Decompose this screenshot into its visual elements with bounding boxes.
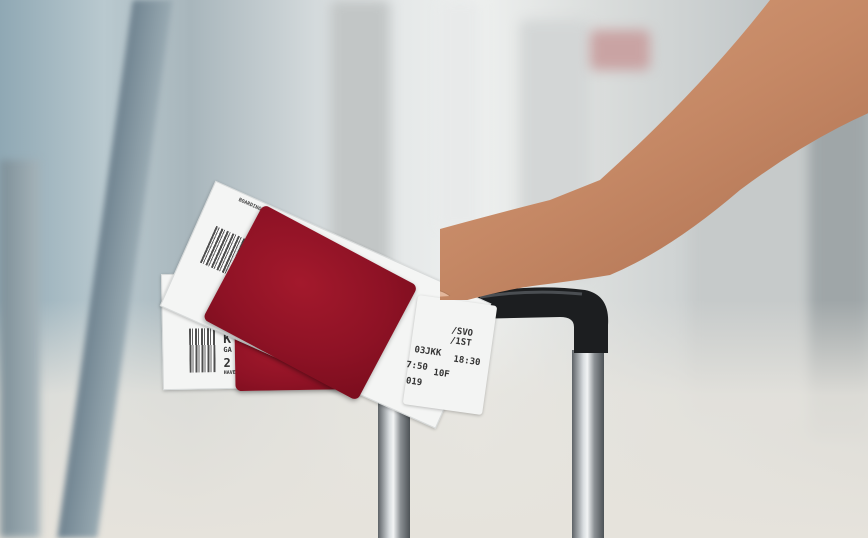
departure-time: 18:30 <box>453 355 481 369</box>
boarding-pass-stub: /SVO /1ST 03JKK 18:30 7:50 10F 019 <box>403 295 498 415</box>
airport-scene: K GA 2 HAVE A BOARDING PASS /SVO /1ST 03… <box>0 0 868 538</box>
arm-and-hand <box>440 0 868 300</box>
flight-suffix: 019 <box>405 376 422 388</box>
pass-number: 2 <box>223 356 230 370</box>
travel-class: /1ST <box>449 336 472 349</box>
suitcase-pole-right <box>572 350 604 538</box>
qr-barcode <box>189 328 216 372</box>
window-frame <box>0 160 40 538</box>
gate-label: GA <box>223 346 232 354</box>
boarding-time: 7:50 <box>405 360 428 373</box>
booking-ref: 03JKK <box>414 345 442 359</box>
seat-number: 10F <box>433 368 450 380</box>
